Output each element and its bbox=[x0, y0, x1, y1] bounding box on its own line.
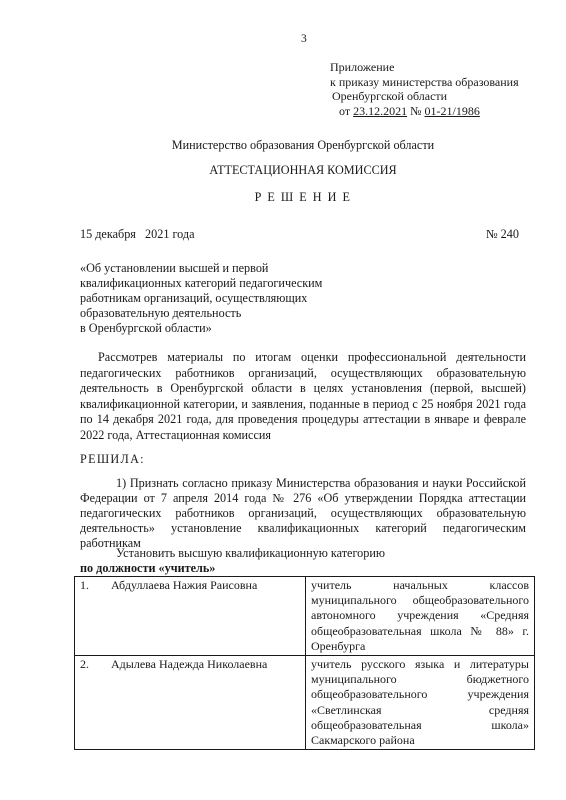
appendix-number-sign: № bbox=[410, 104, 421, 118]
table-row: 2.Адылева Надежда Николаевна учитель рус… bbox=[75, 656, 535, 750]
item-1-paragraph: 1) Признать согласно приказу Министерств… bbox=[80, 476, 526, 551]
staff-table: 1.Абдуллаева Нажия Раисовна учитель нача… bbox=[74, 576, 535, 750]
subject-line: квалификационных категорий педагогически… bbox=[80, 276, 380, 291]
decision-title: Р Е Ш Е Н И Е bbox=[0, 190, 566, 205]
appendix-order-ref: к приказу министерства образования bbox=[330, 75, 519, 90]
subject-line: «Об установлении высшей и первой bbox=[80, 261, 380, 276]
table-row: 1.Абдуллаева Нажия Раисовна учитель нача… bbox=[75, 577, 535, 656]
appendix-title: Приложение bbox=[330, 60, 519, 75]
appendix-from: от bbox=[339, 104, 350, 118]
appendix-block: Приложение к приказу министерства образо… bbox=[330, 60, 519, 118]
page-number: 3 bbox=[301, 33, 307, 45]
appendix-region: Оренбургской области bbox=[330, 89, 519, 104]
decision-subject: «Об установлении высшей и первой квалифи… bbox=[80, 261, 380, 336]
preamble-paragraph: Рассмотрев материалы по итогам оценки пр… bbox=[80, 350, 526, 443]
decision-number: № 240 bbox=[486, 227, 519, 242]
commission-title: АТТЕСТАЦИОННАЯ КОМИССИЯ bbox=[0, 163, 566, 178]
appendix-number: 01-21/1986 bbox=[425, 104, 480, 118]
subject-line: образовательную деятельность bbox=[80, 306, 380, 321]
resolved-heading: РЕШИЛА: bbox=[80, 452, 145, 467]
position-heading: по должности «учитель» bbox=[80, 561, 215, 576]
employee-name: Адылева Надежда Николаевна bbox=[111, 657, 267, 671]
subject-line: в Оренбургской области» bbox=[80, 321, 380, 336]
decision-date: 15 декабря 2021 года bbox=[80, 227, 195, 242]
name-cell: 2.Адылева Надежда Николаевна bbox=[75, 656, 306, 750]
position-cell: учитель русского языка и литературы муни… bbox=[306, 656, 535, 750]
appendix-date-number: от 23.12.2021 № 01-21/1986 bbox=[330, 104, 519, 119]
row-number: 2. bbox=[80, 657, 111, 672]
ministry-name: Министерство образования Оренбургской об… bbox=[0, 138, 566, 153]
set-category-line: Установить высшую квалификационную катег… bbox=[116, 546, 385, 561]
row-number: 1. bbox=[80, 578, 111, 593]
employee-name: Абдуллаева Нажия Раисовна bbox=[111, 578, 257, 592]
name-cell: 1.Абдуллаева Нажия Раисовна bbox=[75, 577, 306, 656]
appendix-date: 23.12.2021 bbox=[353, 104, 407, 118]
subject-line: работникам организаций, осуществляющих bbox=[80, 291, 380, 306]
position-cell: учитель начальных классов муниципального… bbox=[306, 577, 535, 656]
